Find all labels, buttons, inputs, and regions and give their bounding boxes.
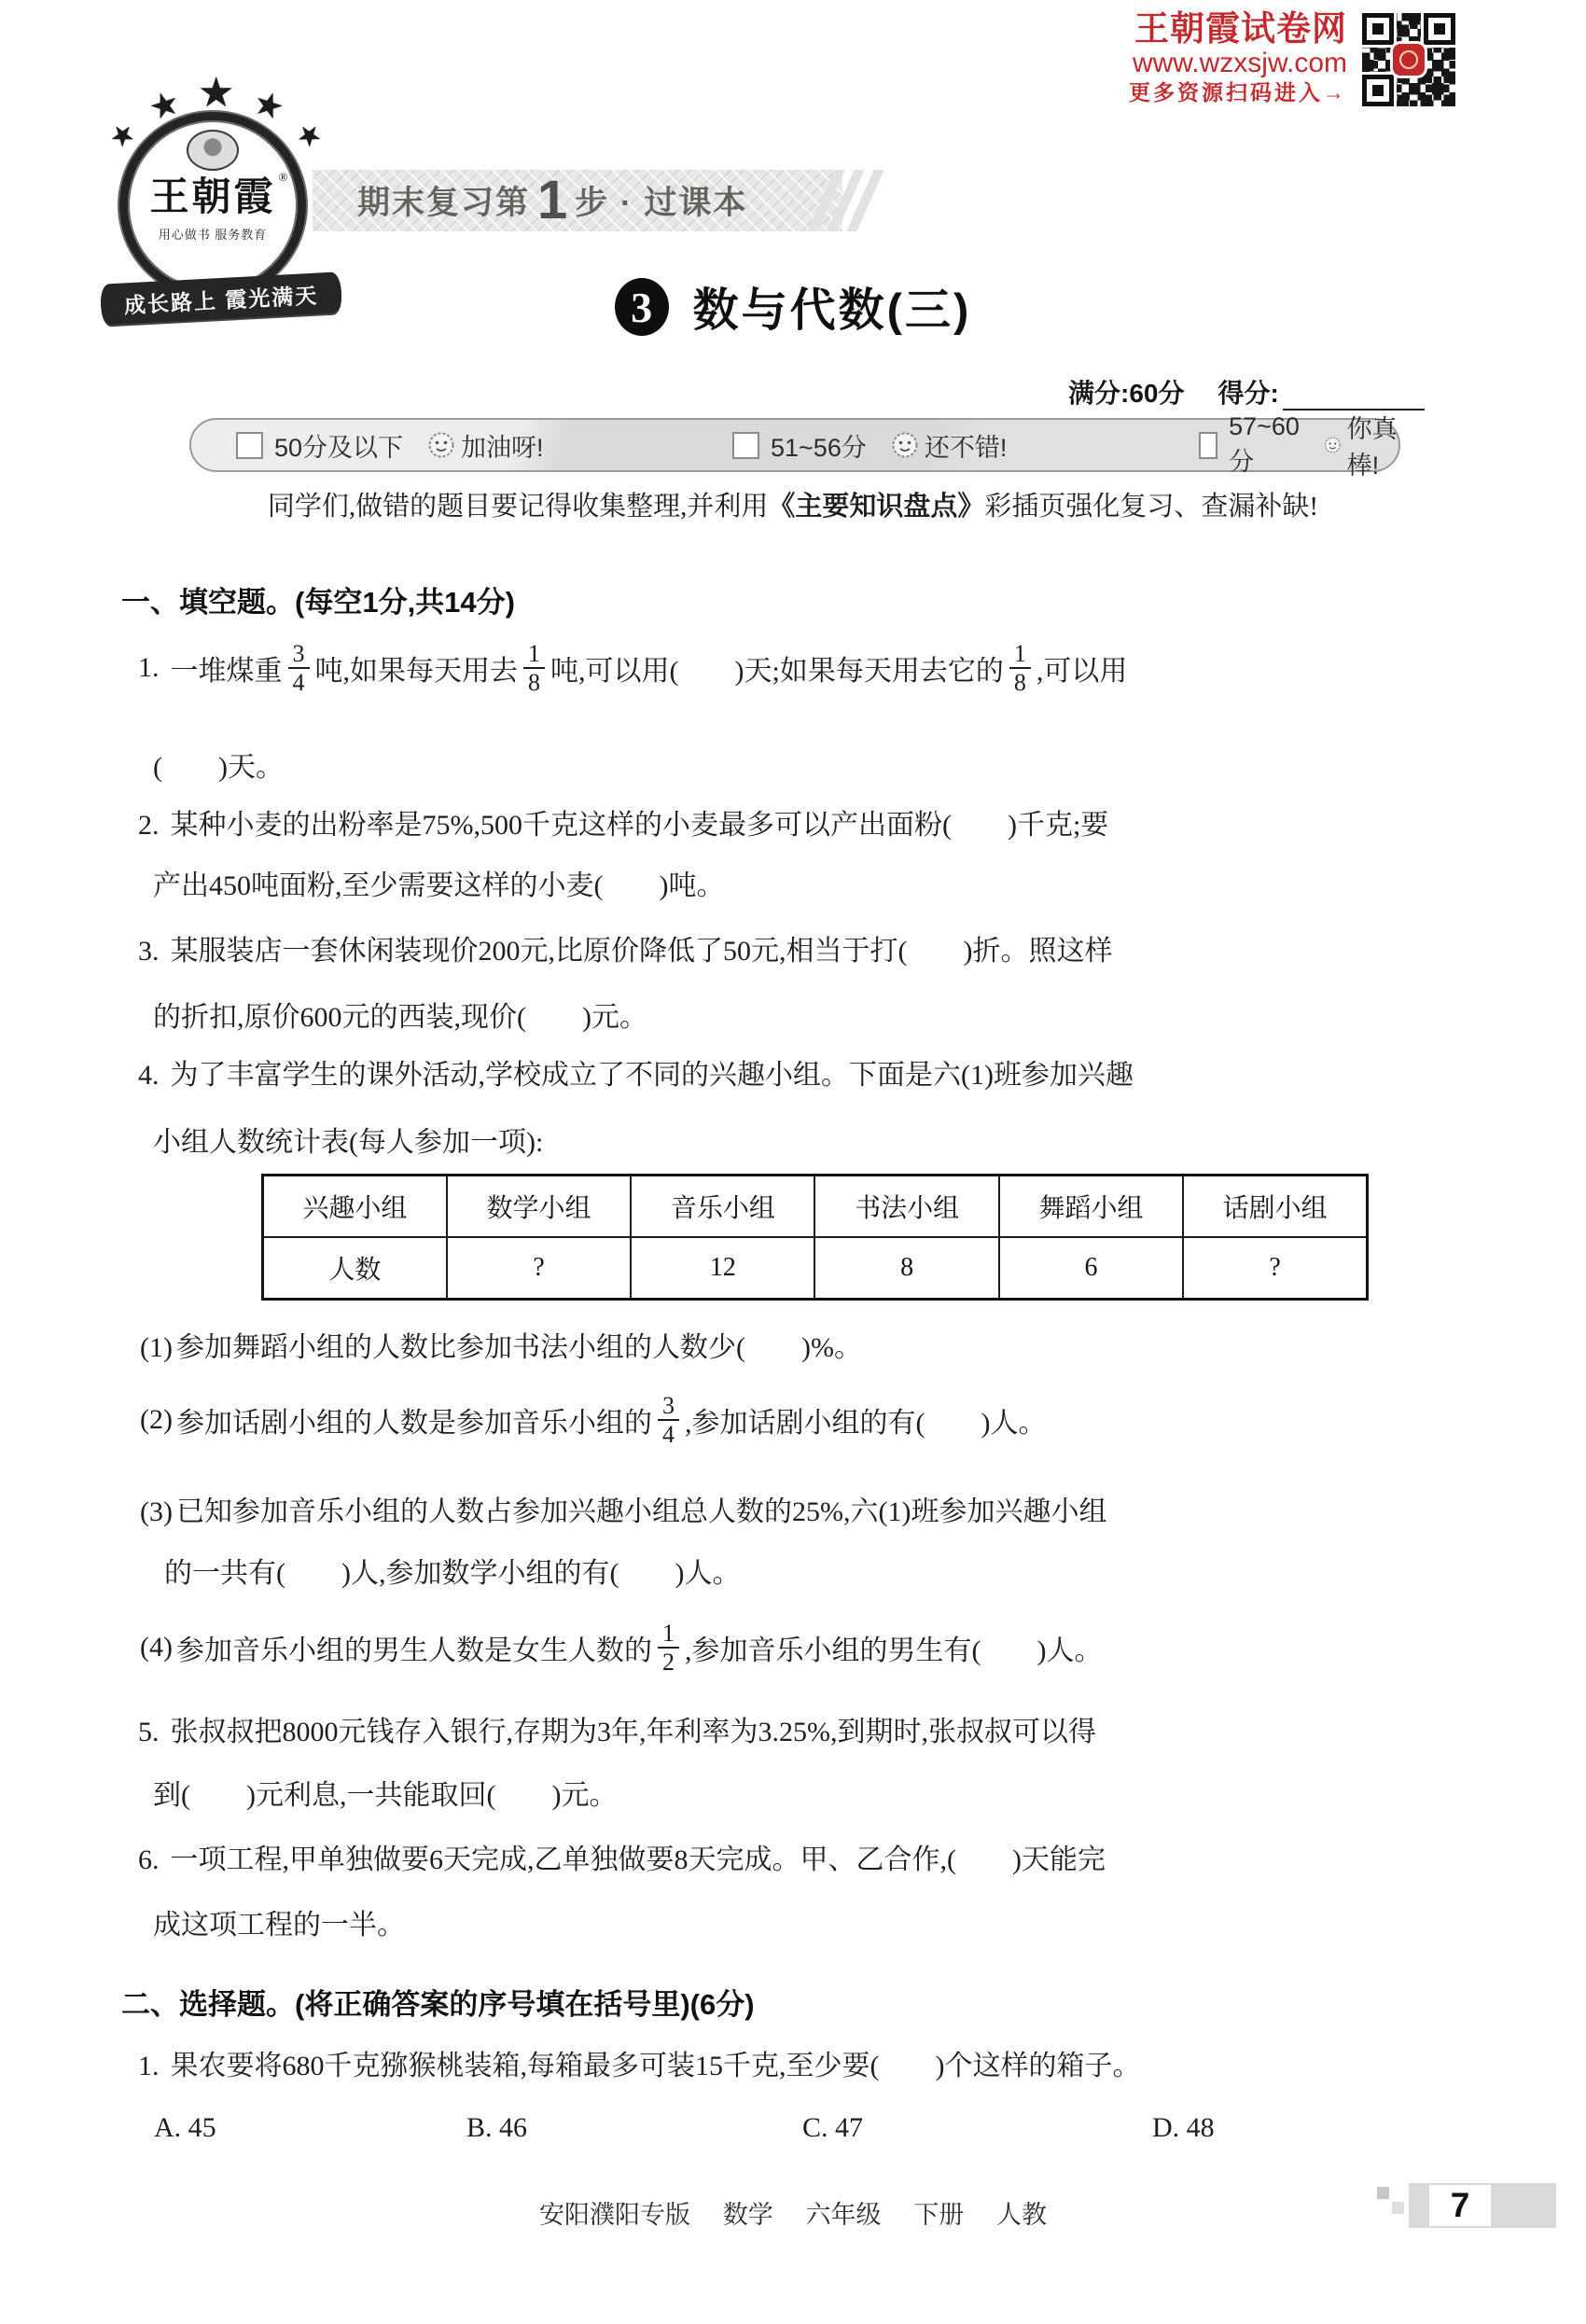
band-range: 57~60分: [1229, 412, 1300, 478]
band-mid: 51~56分 还不错!: [732, 420, 1007, 470]
smiley-face-icon: [427, 431, 455, 459]
footer-volume: 下册: [913, 2201, 964, 2229]
table-header-cell: 数学小组: [447, 1176, 631, 1238]
banner-stripes-decor: [821, 170, 870, 231]
got-score: 得分:: [1217, 373, 1424, 411]
question-2-line-1: 2.某种小麦的出粉率是75%,500千克这样的小麦最多可以产出面粉( )千克;要: [138, 801, 1108, 842]
site-logo-block: 王朝霞试卷网 www.wzxsjw.com 更多资源扫码进入→: [1129, 11, 1457, 108]
site-name: 王朝霞试卷网: [1134, 11, 1347, 48]
fraction: 18: [523, 640, 545, 696]
question-6-line-1: 6.一项工程,甲单独做要6天完成,乙单独做要8天完成。甲、乙合作,( )天能完: [138, 1836, 1106, 1877]
subquestion-1: (1)参加舞蹈小组的人数比参加书法小组的人数少( )%。: [140, 1324, 862, 1365]
table-cell: ?: [447, 1237, 631, 1300]
footer-subject: 数学: [723, 2201, 773, 2229]
site-slogan: 更多资源扫码进入→: [1129, 79, 1347, 106]
band-checkbox[interactable]: [1199, 432, 1217, 459]
question-5-line-1: 5.张叔叔把8000元钱存入银行,存期为3年,年利率为3.25%,到期时,张叔叔…: [138, 1708, 1096, 1749]
section2-heading: 二、选择题。(将正确答案的序号填在括号里)(6分): [121, 1981, 755, 2023]
table-header-row: 兴趣小组 数学小组 音乐小组 书法小组 舞蹈小组 话剧小组: [263, 1176, 1368, 1238]
option-c: C. 47: [802, 2112, 863, 2144]
table-header-cell: 兴趣小组: [263, 1176, 447, 1238]
decor-square-icon: [1377, 2187, 1389, 2199]
option-b: B. 46: [466, 2112, 527, 2144]
section1-heading: 一、填空题。(每空1分,共14分): [121, 578, 515, 620]
full-score-label: 满分:60分: [1068, 373, 1184, 411]
got-score-label: 得分:: [1217, 373, 1278, 411]
fraction: 34: [658, 1392, 679, 1448]
band-range: 51~56分: [771, 427, 867, 464]
question-5-line-2: 到( )元利息,一共能取回( )元。: [153, 1772, 617, 1813]
page-number-bar: 7: [1409, 2183, 1556, 2228]
table-cell: 8: [814, 1237, 998, 1300]
footer-edition: 安阳濮阳专版: [539, 2201, 690, 2229]
subquestion-2: (2) 参加话剧小组的人数是参加音乐小组的 34 ,参加话剧小组的有( )人。: [140, 1385, 1046, 1455]
band-checkbox[interactable]: [732, 432, 759, 459]
question-3-line-2: 的折扣,原价600元的西装,现价( )元。: [153, 994, 647, 1035]
subquestion-3-line-2: 的一共有( )人,参加数学小组的有( )人。: [164, 1550, 740, 1591]
interest-groups-table: 兴趣小组 数学小组 音乐小组 书法小组 舞蹈小组 话剧小组 人数 ? 12 8 …: [261, 1174, 1369, 1301]
option-d: D. 48: [1152, 2112, 1215, 2144]
band-comment: 还不错!: [891, 427, 1008, 464]
step-banner-pre: 期末复习第: [357, 177, 530, 224]
founder-avatar: [187, 130, 239, 171]
question-4-line-2: 小组人数统计表(每人参加一项):: [153, 1119, 543, 1160]
score-bands: 50分及以下 加油呀! 51~56分 还不错! 57~60分 你真棒!: [189, 418, 1400, 472]
band-checkbox[interactable]: [236, 432, 263, 459]
notice-emphasis: 《主要知识盘点》: [768, 492, 984, 522]
option-a: A. 45: [154, 2112, 216, 2144]
question-2-line-2: 产出450吨面粉,至少需要这样的小麦( )吨。: [153, 862, 724, 903]
brand-name: 王朝霞®: [149, 176, 275, 219]
footer-edition-line: 安阳濮阳专版 数学 六年级 下册 人教: [0, 2194, 1586, 2231]
qr-finder-icon: [1362, 75, 1394, 106]
brand-ring: 王朝霞® 用心做书 服务教育: [119, 112, 306, 299]
score-row: 满分:60分 得分:: [1068, 373, 1425, 411]
fraction: 18: [1009, 640, 1031, 696]
table-header-cell: 音乐小组: [631, 1176, 814, 1238]
band-comment: 加油呀!: [427, 427, 544, 464]
brand-tagline: 用心做书 服务教育: [159, 225, 268, 243]
fraction: 34: [288, 640, 310, 696]
brand-ribbon: 成长路上 霞光满天: [100, 271, 342, 325]
registered-mark-icon: ®: [279, 171, 291, 184]
paper-title: 数与代数(三): [693, 274, 972, 340]
brand-badge: ★ ★ ★ ★ ★ 王朝霞® 用心做书 服务教育 成长路上 霞光满天: [104, 60, 338, 332]
table-header-cell: 书法小组: [814, 1176, 998, 1238]
question-1-line-2: ( )天。: [153, 744, 284, 785]
worksheet-page: 王朝霞试卷网 www.wzxsjw.com 更多资源扫码进入→ ★ ★ ★ ★ …: [0, 0, 1586, 2324]
footer-press: 人教: [996, 2201, 1047, 2229]
table-row: 人数 ? 12 8 6 ?: [263, 1237, 1368, 1300]
page-number-block: 7: [1377, 2183, 1556, 2232]
question-3-line-1: 3.某服装店一套休闲装现价200元,比原价降低了50元,相当于打( )折。照这样: [138, 927, 1112, 968]
footer-grade: 六年级: [806, 2201, 882, 2229]
band-high: 57~60分 你真棒!: [1199, 420, 1398, 470]
table-header-cell: 舞蹈小组: [999, 1176, 1183, 1238]
question-1-line-1: 1. 一堆煤重 34 吨,如果每天用去 18 吨,可以用( )天;如果每天用去它…: [138, 633, 1127, 703]
table-cell: ?: [1183, 1237, 1367, 1300]
band-comment: 你真棒!: [1324, 409, 1398, 481]
score-blank-line[interactable]: [1283, 379, 1425, 411]
question-4-line-1: 4.为了丰富学生的课外活动,学校成立了不同的兴趣小组。下面是六(1)班参加兴趣: [138, 1051, 1134, 1092]
site-url: www.wzxsjw.com: [1133, 48, 1347, 80]
star-icon: ★: [198, 69, 234, 117]
table-cell: 人数: [263, 1237, 447, 1300]
step-banner: 期末复习第 1 步 · 过课本: [313, 170, 842, 231]
subquestion-4: (4) 参加音乐小组的男生人数是女生人数的 12 ,参加音乐小组的男生有( )人…: [140, 1612, 1102, 1683]
decor-square-icon: [1392, 2202, 1404, 2214]
band-range: 50分及以下: [274, 427, 403, 464]
star-icon: ★: [289, 115, 328, 156]
question-6-line-2: 成这项工程的一半。: [153, 1901, 405, 1942]
smiley-face-icon: [1324, 431, 1342, 459]
notice-line: 同学们,做错的题目要记得收集整理,并利用《主要知识盘点》彩插页强化复习、查漏补缺…: [0, 485, 1586, 523]
table-cell: 12: [631, 1237, 814, 1300]
qr-code: [1360, 11, 1457, 108]
table-header-cell: 话剧小组: [1183, 1176, 1367, 1238]
step-banner-number: 1: [537, 174, 567, 228]
qr-finder-icon: [1362, 13, 1394, 45]
step-banner-post: 步 · 过课本: [575, 177, 747, 224]
subquestion-3-line-1: (3)已知参加音乐小组的人数占参加兴趣小组总人数的25%,六(1)班参加兴趣小组: [140, 1488, 1106, 1529]
page-number: 7: [1429, 2185, 1491, 2226]
title-number-badge: 3: [615, 278, 669, 336]
table-cell: 6: [999, 1237, 1183, 1300]
site-text: 王朝霞试卷网 www.wzxsjw.com 更多资源扫码进入→: [1129, 11, 1347, 106]
band-low: 50分及以下 加油呀!: [236, 420, 544, 470]
qr-center-emblem-icon: [1393, 44, 1425, 76]
qr-finder-icon: [1424, 13, 1455, 45]
fraction: 12: [658, 1620, 679, 1676]
smiley-face-icon: [891, 431, 919, 459]
section2-question-1: 1.果农要将680千克猕猴桃装箱,每箱最多可装15千克,至少要( )个这样的箱子…: [138, 2042, 1140, 2083]
